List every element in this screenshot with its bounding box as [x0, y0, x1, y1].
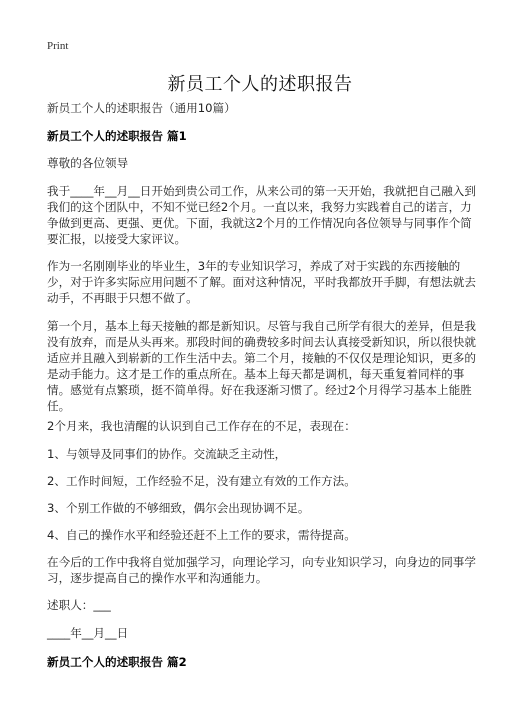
- list-item: 2、工作时间短，工作经验不足，没有建立有效的工作方法。: [47, 473, 477, 489]
- list-item: 4、自己的操作水平和经验还赶不上工作的要求，需待提高。: [47, 527, 477, 543]
- date-line: ____年__月__日: [47, 625, 477, 641]
- document-page: Print 新员工个人的述职报告 新员工个人的述职报告（通用10篇） 新员工个人…: [0, 0, 520, 718]
- document-subtitle: 新员工个人的述职报告（通用10篇）: [47, 100, 477, 116]
- section-heading-2: 新员工个人的述职报告 篇2: [47, 654, 477, 670]
- section-heading-1: 新员工个人的述职报告 篇1: [47, 128, 477, 144]
- list-item: 3、个别工作做的不够细致，偶尔会出现协调不足。: [47, 500, 477, 516]
- document-title: 新员工个人的述职报告: [0, 70, 520, 96]
- paragraph: 我于____年__月__日开始到贵公司工作，从来公司的第一天开始，我就把自己融入…: [47, 183, 477, 247]
- greeting: 尊敬的各位领导: [47, 155, 477, 171]
- signer-line: 述职人：___: [47, 597, 477, 613]
- paragraph: 在今后的工作中我将自觉加强学习，向理论学习，向专业知识学习，向身边的同事学习，逐…: [47, 554, 477, 586]
- paragraph: 2个月来，我也清醒的认识到自己工作存在的不足，表现在：: [47, 418, 477, 434]
- paragraph: 第一个月，基本上每天接触的都是新知识。尽管与我自己所学有很大的差异，但是我没有放…: [47, 318, 477, 414]
- print-label[interactable]: Print: [47, 40, 68, 52]
- paragraph: 作为一名刚刚毕业的毕业生，3年的专业知识学习，养成了对于实践的东西接触的少，对于…: [47, 258, 477, 306]
- list-item: 1、与领导及同事们的协作。交流缺乏主动性，: [47, 446, 477, 462]
